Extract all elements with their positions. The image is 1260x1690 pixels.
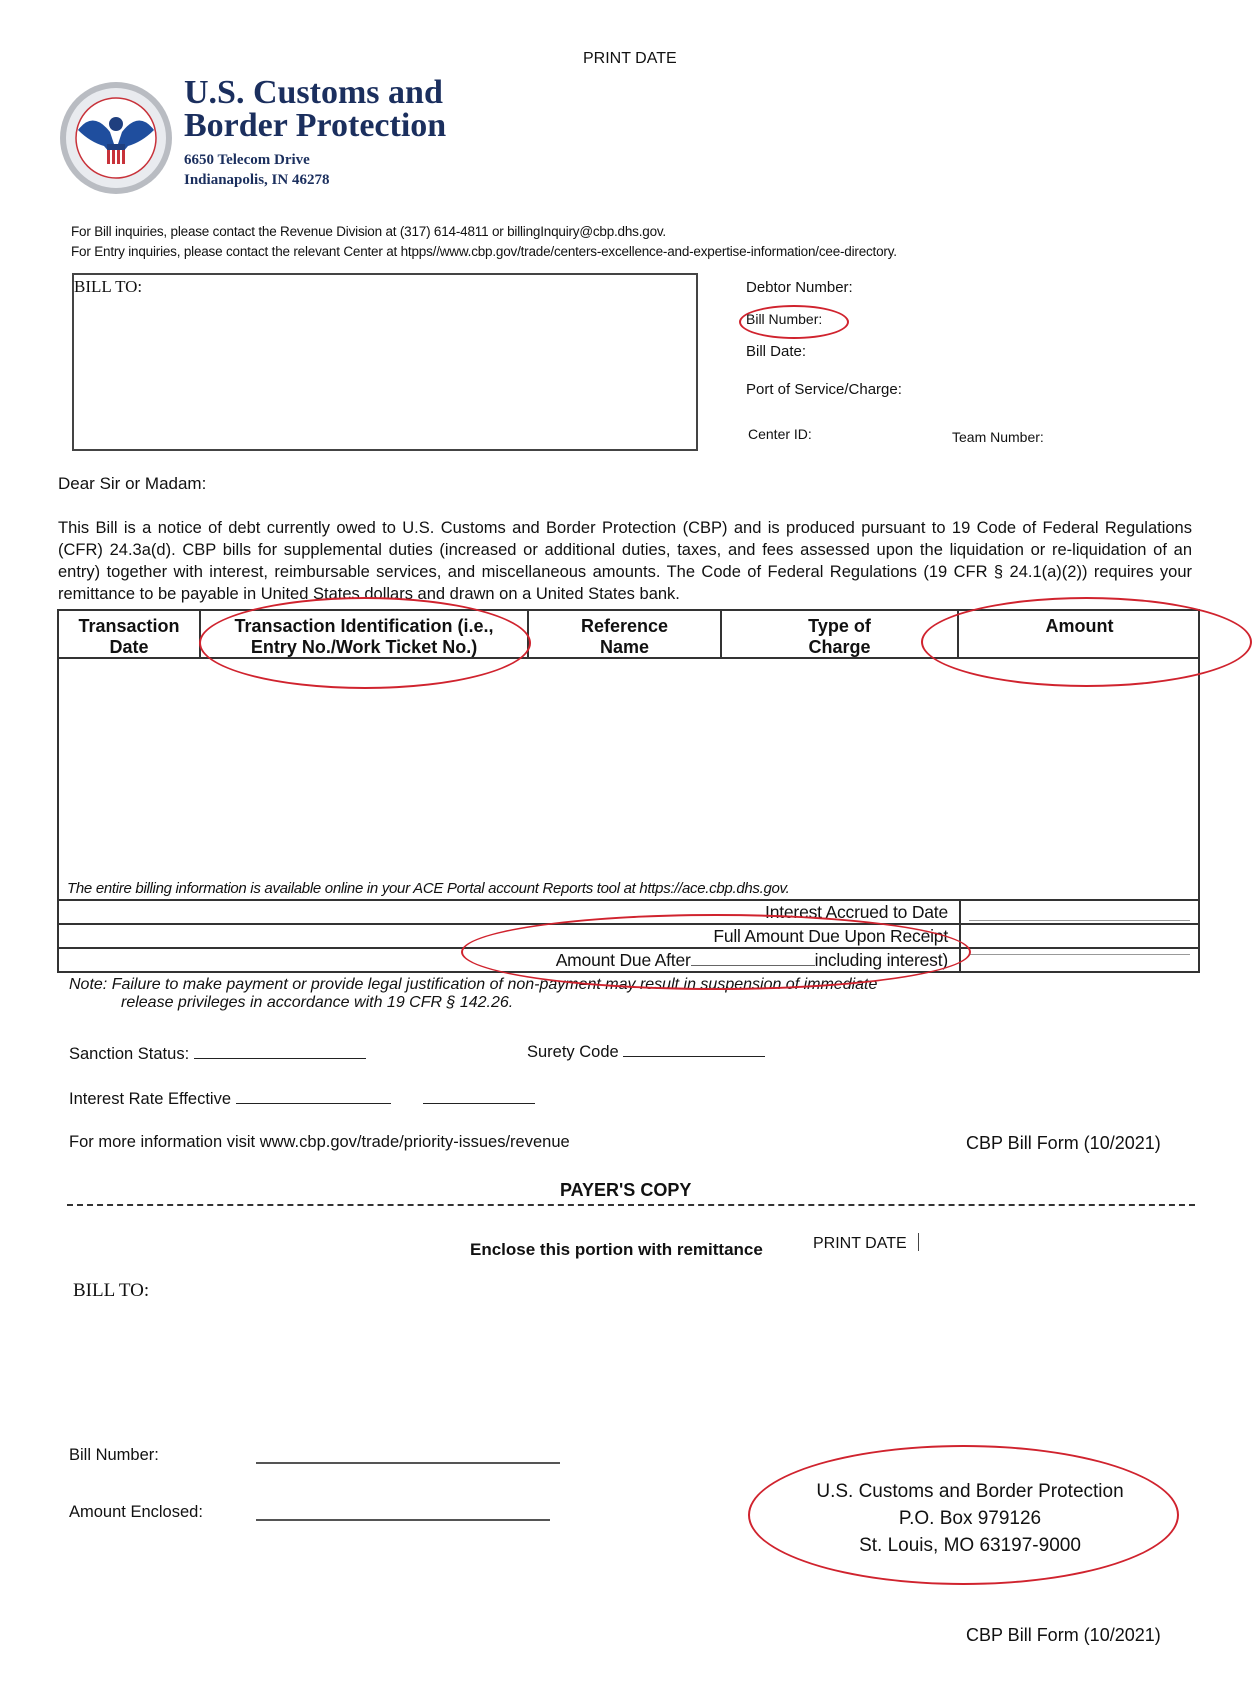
amount-enclosed-label: Amount Enclosed: — [69, 1503, 203, 1522]
label-suffix: including interest) — [815, 950, 948, 970]
payer-bill-to-label: BILL TO: — [73, 1280, 149, 1302]
header-line: Charge — [722, 637, 957, 658]
bill-inquiries-text: For Bill inquiries, please contact the R… — [71, 224, 666, 239]
org-address-line1: 6650 Telecom Drive — [184, 150, 329, 170]
summary-value-cell — [959, 923, 1198, 947]
cbp-seal-icon — [58, 80, 174, 196]
sanction-status-blank — [194, 1044, 366, 1059]
team-number-label: Team Number: — [952, 429, 1044, 445]
value-line — [969, 954, 1190, 955]
org-address: 6650 Telecom Drive Indianapolis, IN 4627… — [184, 150, 329, 190]
summary-label: Full Amount Due Upon Receipt — [713, 926, 948, 947]
ace-portal-note: The entire billing information is availa… — [67, 880, 790, 897]
bill-to-box — [72, 273, 698, 451]
print-date-label: PRINT DATE — [813, 1235, 907, 1253]
port-of-service-label: Port of Service/Charge: — [746, 381, 902, 398]
interest-rate-label: Interest Rate Effective — [69, 1090, 231, 1108]
bill-date-label: Bill Date: — [746, 343, 806, 360]
sanction-status-field: Sanction Status: — [69, 1044, 366, 1064]
summary-label: Interest Accrued to Date — [765, 902, 948, 923]
center-id-label: Center ID: — [748, 426, 812, 442]
summary-label: Amount Due Afterincluding interest) — [556, 950, 948, 971]
more-info-text: For more information visit www.cbp.gov/t… — [69, 1133, 570, 1152]
header-line: Amount — [959, 616, 1200, 637]
column-header-amount: Amount — [959, 611, 1200, 659]
remit-line3: St. Louis, MO 63197-9000 — [760, 1532, 1180, 1559]
remit-line1: U.S. Customs and Border Protection — [760, 1478, 1180, 1505]
surety-code-label: Surety Code — [527, 1043, 619, 1061]
form-id: CBP Bill Form (10/2021) — [966, 1625, 1161, 1646]
header-line: Name — [529, 637, 720, 658]
note-line1: Note: Failure to make payment or provide… — [69, 976, 877, 994]
letter-body: This Bill is a notice of debt currently … — [58, 517, 1192, 605]
summary-row-full-amount-due: Full Amount Due Upon Receipt — [59, 923, 1198, 947]
header-line: Reference — [529, 616, 720, 637]
tear-line — [67, 1204, 1195, 1206]
print-date-field — [918, 1233, 919, 1251]
header-line: Type of — [722, 616, 957, 637]
value-line — [969, 920, 1190, 921]
org-address-line2: Indianapolis, IN 46278 — [184, 170, 329, 190]
surety-code-field: Surety Code — [527, 1042, 765, 1062]
charges-table: Transaction Date Transaction Identificat… — [57, 609, 1200, 973]
org-name-line2: Border Protection — [184, 109, 446, 142]
surety-code-blank — [623, 1042, 765, 1057]
payment-note: Note: Failure to make payment or provide… — [69, 976, 877, 1012]
header-line: Transaction Identification (i.e., — [201, 616, 527, 637]
payers-copy-title: PAYER'S COPY — [560, 1180, 691, 1201]
debtor-number-label: Debtor Number: — [746, 279, 853, 296]
bill-to-label: BILL TO: — [74, 277, 142, 297]
date-blank — [691, 951, 815, 966]
amount-enclosed-blank — [256, 1519, 550, 1521]
summary-value-cell — [959, 947, 1198, 971]
interest-rate-field: Interest Rate Effective — [69, 1089, 535, 1109]
header-line: Entry No./Work Ticket No.) — [201, 637, 527, 658]
label-prefix: Amount Due After — [556, 950, 691, 970]
print-date-label: PRINT DATE — [583, 50, 677, 68]
column-header-transaction-date: Transaction Date — [59, 611, 201, 659]
salutation: Dear Sir or Madam: — [58, 474, 206, 494]
payer-bill-number-label: Bill Number: — [69, 1446, 159, 1465]
remittance-address: U.S. Customs and Border Protection P.O. … — [760, 1478, 1180, 1559]
summary-value-cell — [959, 899, 1198, 923]
enclose-instruction: Enclose this portion with remittance — [470, 1240, 763, 1260]
interest-rate-date-blank — [423, 1089, 535, 1104]
entry-inquiries-text: For Entry inquiries, please contact the … — [71, 244, 897, 259]
org-name-line1: U.S. Customs and — [184, 76, 446, 109]
form-id: CBP Bill Form (10/2021) — [966, 1133, 1161, 1154]
note-line2: release privileges in accordance with 19… — [69, 994, 877, 1012]
column-header-type-of-charge: Type of Charge — [722, 611, 959, 659]
column-header-reference-name: Reference Name — [529, 611, 722, 659]
org-name: U.S. Customs and Border Protection — [184, 76, 446, 142]
sanction-status-label: Sanction Status: — [69, 1045, 189, 1063]
summary-row-interest-accrued: Interest Accrued to Date — [59, 899, 1198, 923]
bill-number-label: Bill Number: — [746, 311, 822, 327]
column-header-transaction-id: Transaction Identification (i.e., Entry … — [201, 611, 529, 659]
summary-row-amount-due-after: Amount Due Afterincluding interest) — [59, 947, 1198, 971]
header-line: Transaction — [59, 616, 199, 637]
interest-rate-blank — [236, 1089, 391, 1104]
payer-bill-number-blank — [256, 1462, 560, 1464]
remit-line2: P.O. Box 979126 — [760, 1505, 1180, 1532]
header-line: Date — [59, 637, 199, 658]
